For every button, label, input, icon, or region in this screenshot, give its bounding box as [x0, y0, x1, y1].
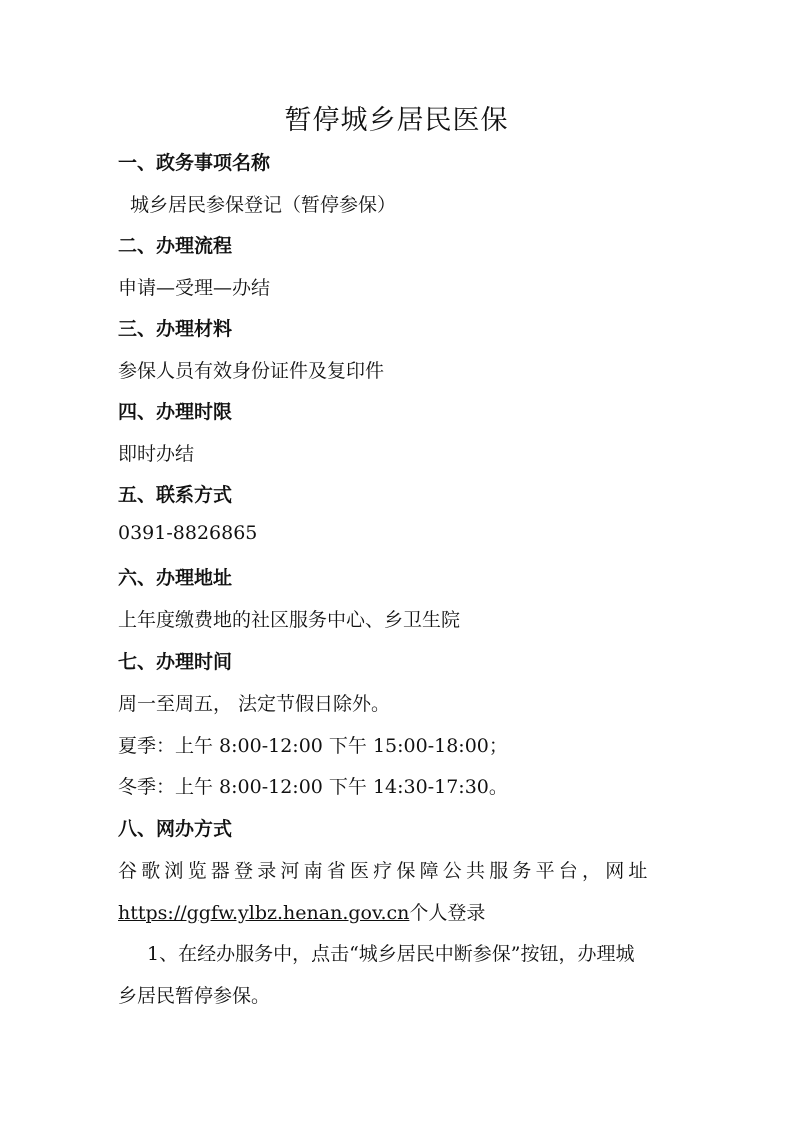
online-step-1-cont: 乡居民暂停参保。: [118, 981, 270, 1008]
section-text-2: 申请—受理—办结: [118, 273, 270, 300]
section-heading-5: 五、联系方式: [118, 480, 232, 507]
online-instructions-line1: 谷歌浏览器登录河南省医疗保障公共服务平台，网址: [118, 856, 652, 883]
office-days: 周一至周五， 法定节假日除外。: [118, 689, 390, 716]
summer-hours: 夏季：上午 8:00-12:00 下午 15:00-18:00；: [118, 731, 508, 758]
online-url-line: https://ggfw.ylbz.henan.gov.cn个人登录: [118, 898, 485, 925]
section-heading-6: 六、办理地址: [118, 563, 232, 590]
section-heading-8: 八、网办方式: [118, 814, 232, 841]
section-text-4: 即时办结: [118, 439, 194, 466]
document-title: 暂停城乡居民医保: [0, 98, 793, 137]
contact-phone: 0391-8826865: [118, 522, 257, 544]
winter-hours: 冬季：上午 8:00-12:00 下午 14:30-17:30。: [118, 772, 508, 799]
section-heading-1: 一、政务事项名称: [118, 148, 270, 175]
online-step-1: 1、在经办服务中，点击“城乡居民中断参保”按钮，办理城: [147, 939, 635, 966]
personal-login-text: 个人登录: [409, 902, 485, 924]
section-heading-7: 七、办理时间: [118, 647, 232, 674]
section-heading-2: 二、办理流程: [118, 231, 232, 258]
section-heading-4: 四、办理时限: [118, 397, 232, 424]
section-heading-3: 三、办理材料: [118, 314, 232, 341]
section-text-6: 上年度缴费地的社区服务中心、乡卫生院: [118, 605, 460, 632]
document-page: 暂停城乡居民医保 一、政务事项名称 城乡居民参保登记（暂停参保） 二、办理流程 …: [0, 0, 793, 1122]
section-text-1: 城乡居民参保登记（暂停参保）: [130, 190, 396, 217]
section-text-3: 参保人员有效身份证件及复印件: [118, 356, 384, 383]
platform-url-link[interactable]: https://ggfw.ylbz.henan.gov.cn: [118, 902, 409, 924]
